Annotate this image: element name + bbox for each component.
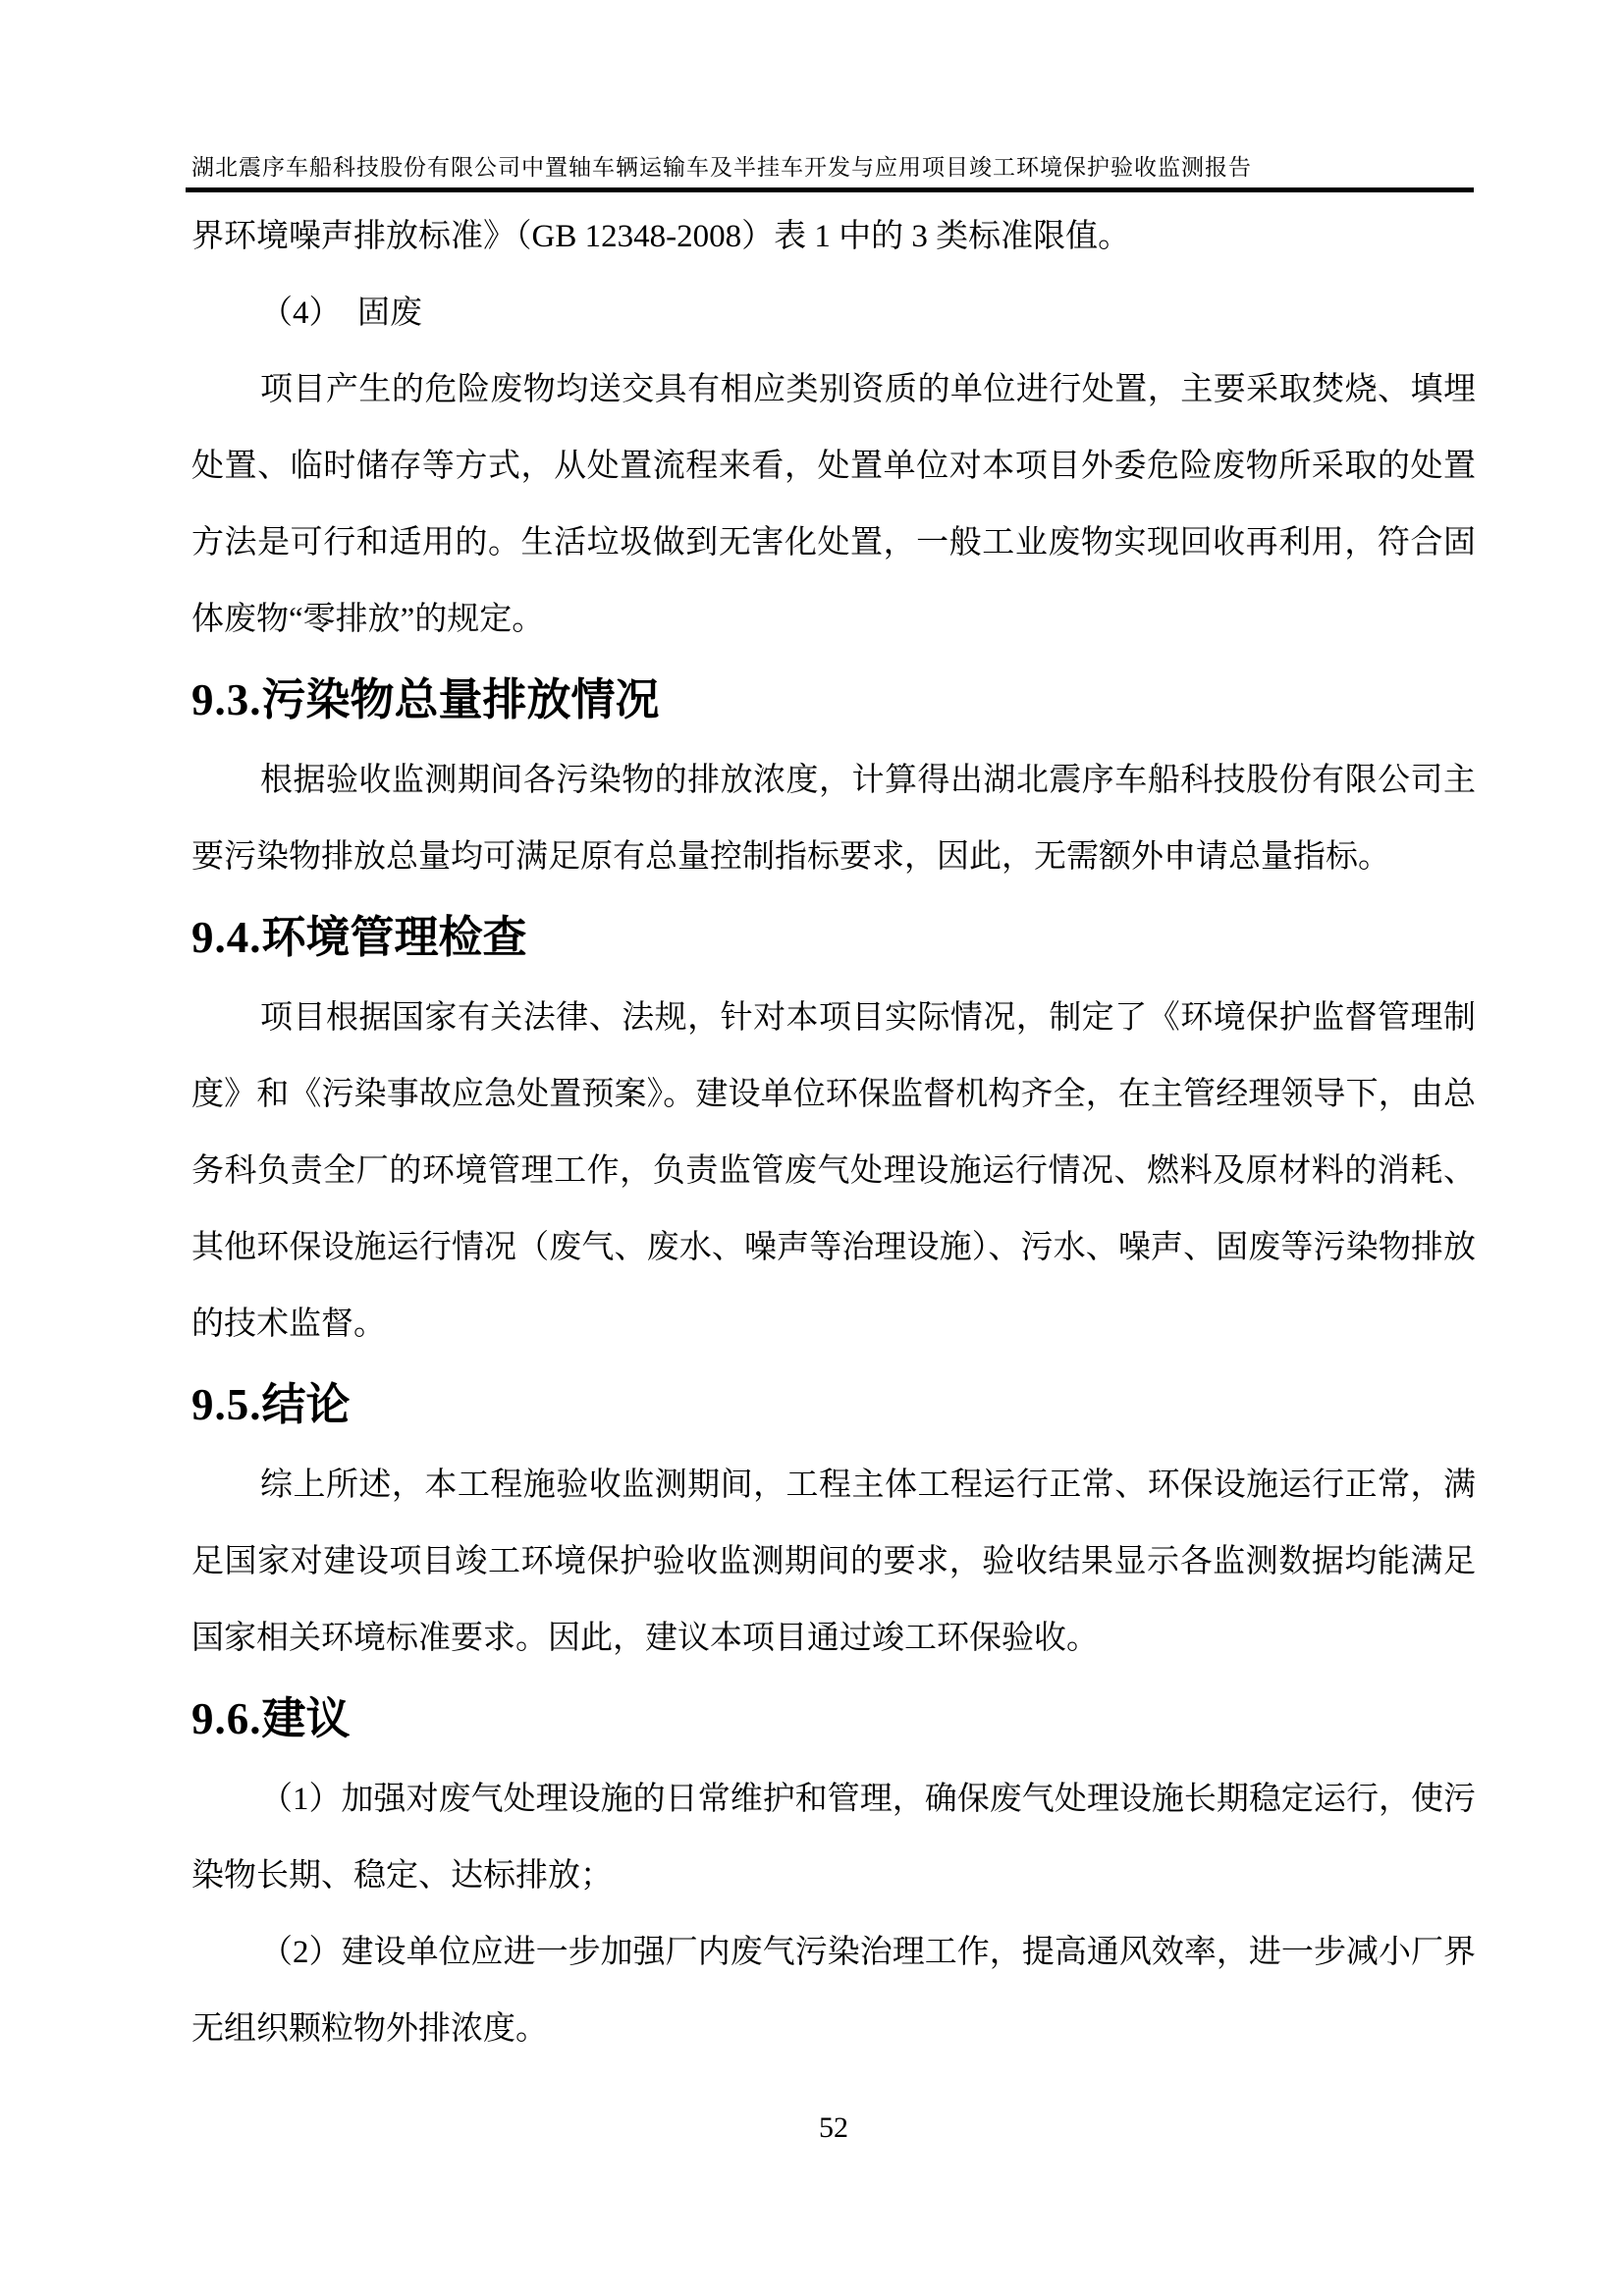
- document-page: 湖北震序车船科技股份有限公司中置轴车辆运输车及半挂车开发与应用项目竣工环境保护验…: [0, 0, 1624, 2296]
- page-header: 湖北震序车船科技股份有限公司中置轴车辆运输车及半挂车开发与应用项目竣工环境保护验…: [186, 155, 1474, 192]
- section-heading-9-4: 9.4.环境管理检查: [191, 895, 1476, 980]
- section-number: 9.4.: [191, 913, 262, 962]
- section-heading-9-6: 9.6.建议: [191, 1677, 1476, 1761]
- section-title: 污染物总量排放情况: [262, 674, 660, 724]
- body-paragraph: 综上所述，本工程施验收监测期间，工程主体工程运行正常、环保设施运行正常，满足国家…: [191, 1447, 1476, 1677]
- body-paragraph: 项目产生的危险废物均送交具有相应类别资质的单位进行处置，主要采取焚烧、填埋处置、…: [191, 351, 1476, 658]
- document-body: 界环境噪声排放标准》（GB 12348-2008）表 1 中的 3 类标准限值。…: [191, 198, 1476, 2067]
- list-item-label-solid-waste: （4） 固废: [191, 275, 1476, 351]
- page-number: 52: [191, 2110, 1476, 2146]
- section-heading-9-3: 9.3.污染物总量排放情况: [191, 658, 1476, 742]
- section-number: 9.5.: [191, 1380, 262, 1429]
- section-number: 9.6.: [191, 1694, 262, 1743]
- body-paragraph-suggestion-1: （1）加强对废气处理设施的日常维护和管理，确保废气处理设施长期稳定运行，使污染物…: [191, 1761, 1476, 1914]
- section-title: 结论: [262, 1379, 351, 1429]
- section-heading-9-5: 9.5.结论: [191, 1362, 1476, 1447]
- body-paragraph-continuation: 界环境噪声排放标准》（GB 12348-2008）表 1 中的 3 类标准限值。: [191, 198, 1476, 275]
- section-title: 建议: [262, 1693, 351, 1743]
- header-title: 湖北震序车船科技股份有限公司中置轴车辆运输车及半挂车开发与应用项目竣工环境保护验…: [186, 155, 1474, 181]
- section-number: 9.3.: [191, 675, 262, 724]
- section-title: 环境管理检查: [262, 912, 527, 962]
- page-footer: 52: [191, 2110, 1476, 2146]
- body-paragraph: 项目根据国家有关法律、法规，针对本项目实际情况，制定了《环境保护监督管理制度》和…: [191, 980, 1476, 1362]
- body-paragraph: 根据验收监测期间各污染物的排放浓度，计算得出湖北震序车船科技股份有限公司主要污染…: [191, 742, 1476, 895]
- body-paragraph-suggestion-2: （2）建设单位应进一步加强厂内废气污染治理工作，提高通风效率，进一步减小厂界无组…: [191, 1914, 1476, 2067]
